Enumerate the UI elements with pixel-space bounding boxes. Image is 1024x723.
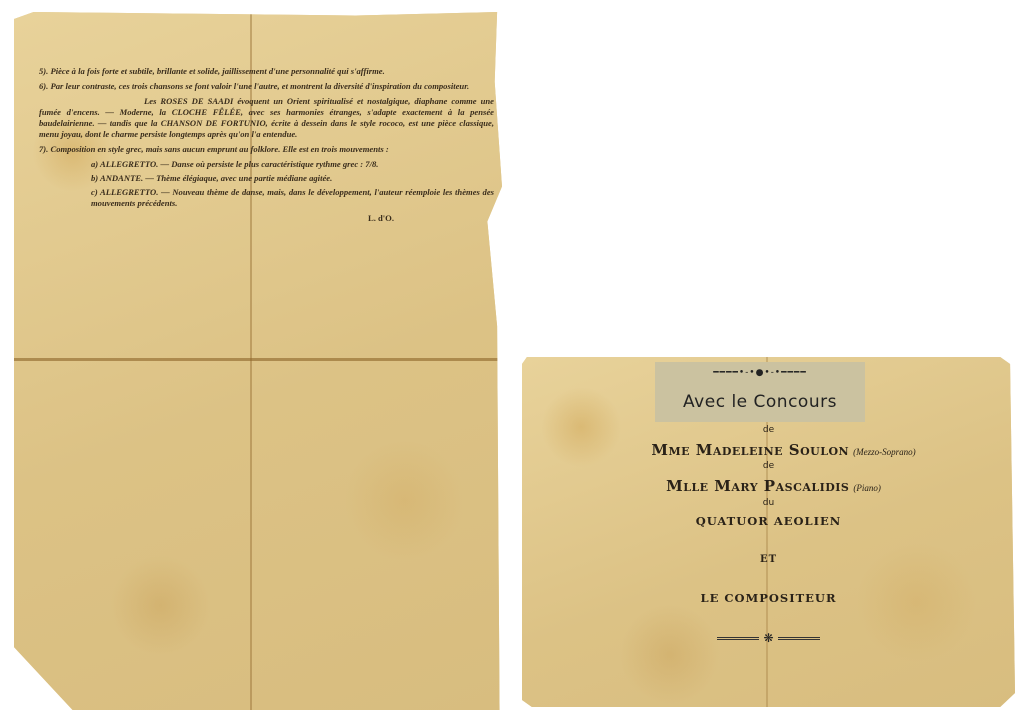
movement-label: a) ALLEGRETTO.	[91, 159, 158, 169]
movement-text: — Danse où persiste le plus caractéristi…	[160, 159, 378, 169]
banner: ━━━━•-•●•-•━━━━ Avec le Concours	[655, 362, 865, 422]
performer-name: Mme Madeleine Soulon	[651, 441, 849, 459]
note-paragraph-7: 7). Composition en style grec, mais sans…	[39, 144, 494, 155]
program-sheet-left: 5). Pièce à la fois forte et subtile, br…	[14, 12, 502, 710]
movement-label: c) ALLEGRETTO.	[91, 187, 158, 197]
program-sheet-right: ━━━━•-•●•-•━━━━ Avec le Concours de Mme …	[522, 357, 1015, 707]
connector-du: du	[522, 498, 1015, 508]
ornament-top-icon: ━━━━•-•●•-•━━━━	[655, 368, 865, 378]
movement-c: c) ALLEGRETTO. — Nouveau thème de danse,…	[91, 187, 494, 209]
conjunction-et: ET	[522, 554, 1015, 565]
performer-role: (Mezzo-Soprano)	[853, 447, 916, 457]
program-notes: 5). Pièce à la fois forte et subtile, br…	[39, 66, 494, 224]
connector-de-1: de	[522, 425, 1015, 435]
performer-role: (Piano)	[853, 483, 881, 493]
ornament-bottom: ❋	[522, 631, 1015, 645]
composer-line: LE COMPOSITEUR	[522, 591, 1015, 605]
signature: L. d'O.	[39, 213, 394, 224]
flourish-icon: ❋	[763, 631, 773, 645]
performer-soulon: Mme Madeleine Soulon(Mezzo-Soprano)	[522, 441, 1015, 459]
connector-de-2: de	[522, 461, 1015, 471]
note-paragraph-5: 5). Pièce à la fois forte et subtile, br…	[39, 66, 494, 77]
movement-label: b) ANDANTE.	[91, 173, 143, 183]
performer-name: Mlle Mary Pascalidis	[666, 477, 849, 495]
note-paragraph-6: 6). Par leur contraste, ces trois chanso…	[39, 81, 494, 92]
banner-title: Avec le Concours	[655, 392, 865, 412]
movement-b: b) ANDANTE. — Thème élégiaque, avec une …	[91, 173, 494, 184]
rule-right	[778, 637, 820, 640]
performer-pascalidis: Mlle Mary Pascalidis(Piano)	[522, 477, 1015, 495]
note-paragraph-6-detail: Les ROSES DE SAADI évoquent un Orient sp…	[39, 96, 494, 140]
rule-left	[717, 637, 759, 640]
ensemble-name: QUATUOR AEOLIEN	[522, 514, 1015, 528]
movement-text: — Thème élégiaque, avec une partie média…	[145, 173, 332, 183]
fold-line-horizontal	[14, 358, 502, 361]
movement-a: a) ALLEGRETTO. — Danse où persiste le pl…	[91, 159, 494, 170]
